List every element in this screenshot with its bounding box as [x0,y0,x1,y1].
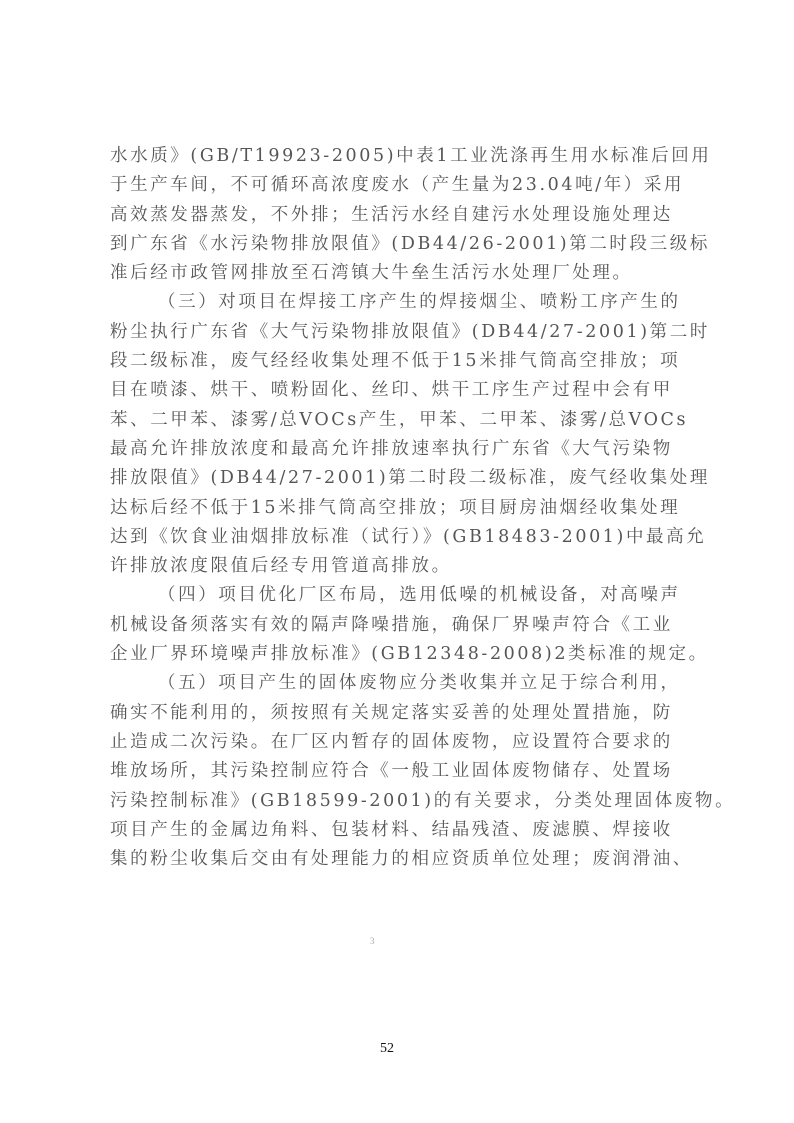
document-page: 水水质》(GB/T19923-2005)中表1工业洗涤再生用水标准后回用 于生产… [0,0,794,1123]
text-line: 许排放浓度限值后经专用管道高排放。 [110,552,638,581]
text-line: 准后经市政管网排放至石湾镇大牛垒生活污水处理厂处理。 [110,259,638,288]
text-line: 高效蒸发器蒸发，不外排；生活污水经自建污水处理设施处理达 [110,201,638,230]
text-line: 目在喷漆、烘干、喷粉固化、丝印、烘干工序生产过程中会有甲 [110,376,638,405]
text-line-section-5: （五）项目产生的固体废物应分类收集并立足于综合利用， [110,669,638,698]
text-line: 粉尘执行广东省《大气污染物排放限值》(DB44/27-2001)第二时 [110,318,638,347]
text-line: 项目产生的金属边角料、包装材料、结晶残渣、废滤膜、焊接收 [110,816,638,845]
text-line: 到广东省《水污染物排放限值》(DB44/26-2001)第二时段三级标 [110,230,638,259]
body-text: 水水质》(GB/T19923-2005)中表1工业洗涤再生用水标准后回用 于生产… [110,142,638,874]
text-line: 达标后经不低于15米排气筒高空排放；项目厨房油烟经收集处理 [110,494,638,523]
text-line: 污染控制标准》(GB18599-2001)的有关要求，分类处理固体废物。 [110,787,638,816]
text-line: 止造成二次污染。在厂区内暂存的固体废物，应设置符合要求的 [110,728,638,757]
text-line: 最高允许排放浓度和最高允许排放速率执行广东省《大气污染物 [110,435,638,464]
text-line: 机械设备须落实有效的隔声降噪措施，确保厂界噪声符合《工业 [110,611,638,640]
text-line: 水水质》(GB/T19923-2005)中表1工业洗涤再生用水标准后回用 [110,142,638,171]
text-line: 企业厂界环境噪声排放标准》(GB12348-2008)2类标准的规定。 [110,640,638,669]
text-line: 达到《饮食业油烟排放标准（试行）》(GB18483-2001)中最高允 [110,523,638,552]
page-number: 52 [380,1041,394,1057]
inner-page-number: 3 [370,936,375,946]
text-line: 段二级标准，废气经经收集处理不低于15米排气筒高空排放；项 [110,347,638,376]
text-line: 集的粉尘收集后交由有处理能力的相应资质单位处理；废润滑油、 [110,845,638,874]
text-line: 堆放场所，其污染控制应符合《一般工业固体废物储存、处置场 [110,757,638,786]
text-line: 排放限值》(DB44/27-2001)第二时段二级标准，废气经收集处理 [110,464,638,493]
text-line: 确实不能利用的，须按照有关规定落实妥善的处理处置措施，防 [110,699,638,728]
text-line: 苯、二甲苯、漆雾/总VOCs产生，甲苯、二甲苯、漆雾/总VOCs [110,406,638,435]
text-line-section-4: （四）项目优化厂区布局，选用低噪的机械设备，对高噪声 [110,581,638,610]
text-line: 于生产车间，不可循环高浓度废水（产生量为23.04吨/年）采用 [110,171,638,200]
text-line-section-3: （三）对项目在焊接工序产生的焊接烟尘、喷粉工序产生的 [110,288,638,317]
